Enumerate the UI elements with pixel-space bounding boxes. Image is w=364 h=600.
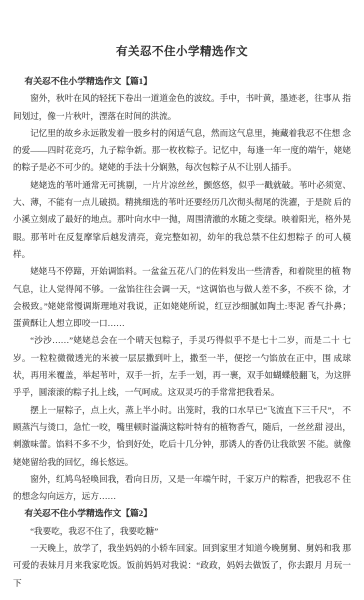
- section-1-paragraph-2: 记忆里的故乡永远散发着一股乡村的闲适气息，然而这气息里，掩藏着我忍不住想 念的爱…: [13, 125, 351, 177]
- section-1-paragraph-4: 姥姥马不停蹄，开始调馅料。一盆盆五花八门的佐料发出一些清香，和着院里的植 物气息…: [13, 263, 351, 332]
- section-1-paragraph-5: “沙沙……”姥姥总会在一个晴天包粽子，手灵巧得似乎不是七十二岁，而是二十 七岁。…: [13, 332, 351, 401]
- section-2-heading: 有关忍不住小学精选作文【篇2】: [13, 505, 351, 522]
- section-1-paragraph-3: 姥姥选的苇叶通常无可挑剔，一片片凉丝丝，颤悠悠，似乎一戳就破。苇叶必须宽、 大、…: [13, 177, 351, 263]
- document-title: 有关忍不住小学精选作文: [13, 44, 351, 60]
- section-1-paragraph-6: 摆上一屉粽子，点上火，蒸上半小时。出笼时，我的口水早已“飞流直下三千尺”， 不顾…: [13, 402, 351, 471]
- section-1-heading: 有关忍不住小学精选作文【篇1】: [13, 73, 351, 90]
- section-2-paragraph-1: “我要吃，我忍不住了，我要吃糖”: [13, 523, 351, 540]
- section-1-paragraph-1: 窗外，秋叶在风的轻抚下卷出一道道金色的波纹。手中，书叶黄，墨迹老，往事从 指间划…: [13, 90, 351, 125]
- document-content: 有关忍不住小学精选作文【篇1】 窗外，秋叶在风的轻抚下卷出一道道金色的波纹。手中…: [13, 73, 351, 592]
- section-1-paragraph-7: 窗外，红鸠鸟轻唤回我，看向日历，又是一年端午时，千家万户的粽香，把我忍不 住的想…: [13, 471, 351, 506]
- document-page: 有关忍不住小学精选作文 有关忍不住小学精选作文【篇1】 窗外，秋叶在风的轻抚下卷…: [0, 0, 364, 600]
- section-2-paragraph-2: 一天晚上，放学了，我坐妈妈的小轿车回家。回到家里才知道今晚舅舅、舅妈和我 那可爱…: [13, 540, 351, 592]
